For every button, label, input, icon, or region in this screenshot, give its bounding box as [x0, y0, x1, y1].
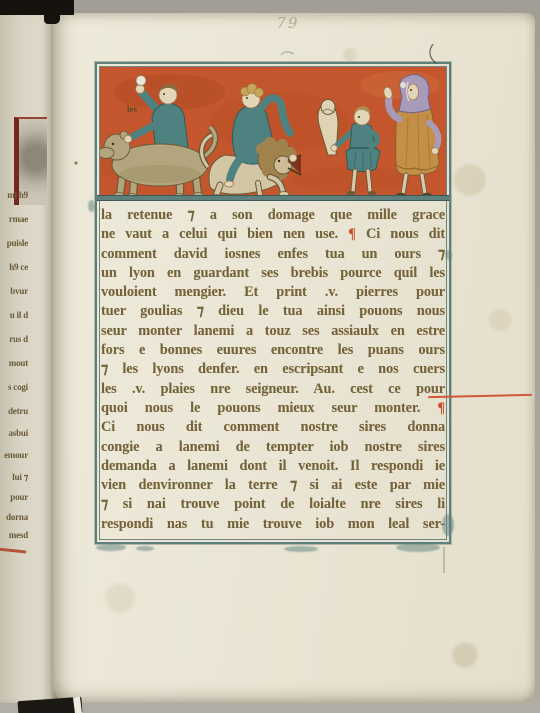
manuscript-text-line: ne vaut a celui qui bien nen use. ¶ Ci n…: [101, 225, 445, 244]
facing-text-fragment: pour: [0, 492, 28, 502]
facing-text-fragment: rus d: [0, 334, 28, 344]
paint-smudge: [445, 250, 452, 260]
manuscript-text-line: demanda a lanemi dont il venoit. Il resp…: [101, 457, 445, 476]
manuscript-text-line: un lyon en guardant ses brebis pource qu…: [101, 264, 445, 283]
manuscript-text-line: vouloient mengier. Et print .v. pierres …: [101, 283, 445, 302]
text-segment: tuer goulias ⁊ dieu le tua ainsi pouons …: [101, 303, 445, 319]
text-lines: la retenue ⁊ a son domage que mille grac…: [101, 206, 445, 536]
facing-text-fragment: rmae: [0, 214, 28, 224]
text-segment: demanda a lanemi dont il venoit. Il resp…: [101, 458, 445, 474]
manuscript-text-line: quoi nous le pouons mieux seur monter. ¶: [101, 399, 445, 418]
facing-text-fragment: ml h9: [0, 190, 28, 200]
facing-text-fragment: h9 ce: [0, 262, 28, 272]
manuscript-text-line: ⁊ les lyons denfer. en escripsant e nos …: [101, 360, 445, 379]
facing-text-fragment: mesd: [0, 530, 28, 540]
manuscript-text-line: fors e bonnes euures encontre les puans …: [101, 341, 445, 360]
text-segment: ne vaut a celui qui bien nen use.: [101, 226, 348, 242]
facing-text-fragment: dorna: [0, 512, 28, 522]
text-segment: ⁊ les lyons denfer. en escripsant e nos …: [101, 361, 445, 377]
facing-fragments: ml h9rmaepuisleh9 cebvuru il drus dmouts…: [0, 0, 58, 713]
paint-smudge: [96, 544, 126, 551]
interlinear-insertion: les: [127, 104, 137, 114]
paint-smudge: [136, 546, 154, 551]
text-segment: vouloient mengier. Et print .v. pierres …: [101, 284, 445, 300]
text-segment: seur monter lanemi a touz ses assiaulx e…: [101, 323, 445, 339]
manuscript-text-line: les .v. plaies nre seigneur. Au. cest ce…: [101, 380, 445, 399]
manuscript-text-line: seur monter lanemi a touz ses assiaulx e…: [101, 322, 445, 341]
paint-smudge: [396, 543, 440, 552]
facing-text-fragment: u il d: [0, 310, 28, 320]
folio-number: 79: [266, 14, 310, 32]
photo-black-corner: [0, 0, 74, 15]
facing-text-fragment: mout: [0, 358, 28, 368]
manuscript-text-line: respondi nas tu mie trouve iob mon leal …: [101, 515, 445, 534]
text-segment: respondi nas tu mie trouve iob mon leal …: [101, 516, 445, 532]
text-segment: fors e bonnes euures encontre les puans …: [101, 342, 445, 358]
text-segment: un lyon en guardant ses brebis pource qu…: [101, 265, 445, 281]
paint-smudge: [284, 546, 318, 552]
stone: [136, 76, 146, 86]
text-segment: Ci nous dit comment nostre sires donna: [101, 419, 445, 435]
text-segment: ⁊ si nai trouve point de loialte nre sir…: [101, 496, 445, 512]
text-segment: Ci nous dit: [366, 226, 445, 242]
rubric-paraph: ¶: [437, 400, 445, 416]
facing-text-fragment: s cogi: [0, 382, 28, 392]
text-segment: vien denvironner la terre ⁊ si ai este p…: [101, 477, 445, 493]
facing-text-fragment: bvur: [0, 286, 28, 296]
facing-text-fragment: detru: [0, 406, 28, 416]
manuscript-text-line: Ci nous dit comment nostre sires donna: [101, 418, 445, 437]
paint-smudge: [442, 514, 454, 536]
manuscript-text-line: la retenue ⁊ a son domage que mille grac…: [101, 206, 445, 225]
facing-text-fragment: asbui: [0, 428, 28, 438]
photo-black-corner: [44, 10, 60, 24]
rubric-paraph: ¶: [348, 226, 366, 242]
paint-smudge: [88, 200, 95, 212]
miniature-scene: [100, 67, 446, 197]
manuscript-text-line: congie a lanemi de tempter iob nostre si…: [101, 438, 445, 457]
text-segment: quoi nous le pouons mieux seur monter.: [101, 400, 437, 416]
manuscript-text-line: ⁊ si nai trouve point de loialte nre sir…: [101, 495, 445, 514]
text-segment: les .v. plaies nre seigneur. Au. cest ce…: [101, 381, 445, 397]
text-segment: comment david iosnes enfes tua un ours ⁊: [101, 246, 445, 262]
manuscript-text-line: tuer goulias ⁊ dieu le tua ainsi pouons …: [101, 302, 445, 321]
facing-text-fragment: lui ⁊: [0, 472, 28, 483]
text-segment: congie a lanemi de tempter iob nostre si…: [101, 439, 445, 455]
manuscript-text-line: vien denvironner la terre ⁊ si ai este p…: [101, 476, 445, 495]
facing-text-fragment: puisle: [0, 238, 28, 248]
facing-text-fragment: emour: [0, 450, 28, 460]
manuscript-text-line: comment david iosnes enfes tua un ours ⁊: [101, 245, 445, 264]
text-segment: la retenue ⁊ a son domage que mille grac…: [101, 207, 445, 223]
miniature-bottom-rule: [97, 195, 449, 201]
manuscript-photo: ml h9rmaepuisleh9 cebvuru il drus dmouts…: [0, 0, 540, 713]
